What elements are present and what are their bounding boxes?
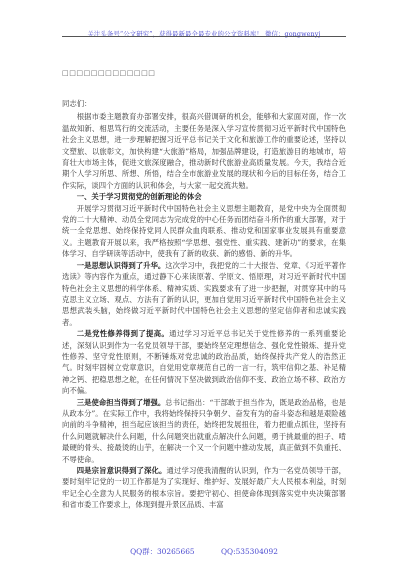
document-body: 同志们： 根据市委主题教育办部署安排，很高兴借调研的机会，能够和大家面对面，作一… [62, 98, 346, 511]
point-paragraph-1: 一是思想认识得到了升华。这次学习中，我把党的二十大报告、党章、《习近平著作选读》… [62, 260, 346, 328]
point-paragraph-3: 三是使命担当得到了增强。总书记指出：“干部敢于担当作为，既是政治品格，也是从政本… [62, 397, 346, 465]
point-text-3: 总书记指出：“干部敢于担当作为，既是政治品格，也是从政本分”。在实际工作中，我将… [62, 398, 346, 464]
point-paragraph-4: 四是宗旨意识得到了深化。通过学习使我清醒的认识到，作为一名党员领导干部，要时刻牢… [62, 465, 346, 511]
point-lead-1: 一是思想认识得到了升华。 [77, 261, 166, 270]
point-lead-4: 四是宗旨意识得到了深化。 [77, 466, 167, 475]
point-text-2: 通过学习习近平总书记关于党性修养的一系列重要论述，深刻认识到作为一名党员领导干部… [62, 329, 346, 395]
footer-contact: QQ群：30265665 QQ:535304092 [0, 546, 408, 557]
salutation: 同志们： [62, 98, 346, 109]
point-lead-2: 二是党性修养得到了提高。 [77, 329, 169, 338]
intro-paragraph: 根据市委主题教育办部署安排，很高兴借调研的机会，能够和大家面对面，作一次温故知新… [62, 111, 346, 191]
point-text-1: 这次学习中，我把党的二十大报告、党章、《习近平著作选读》等内容作为重点，通过静下… [62, 261, 346, 327]
point-paragraph-2: 二是党性修养得到了提高。通过学习习近平总书记关于党性修养的一系列重要论述，深刻认… [62, 328, 346, 396]
section-1-paragraph: 开展学习贯彻习近平新时代中国特色社会主义思想主题教育，是党中央为全面贯彻党的二十… [62, 203, 346, 260]
point-lead-3: 三是使命担当得到了增强。 [77, 398, 166, 407]
header-divider [62, 36, 346, 37]
document-title: □□□□□□□□□□□□□ [62, 68, 155, 77]
section-heading-1: 一、关于学习贯彻党的创新理论的体会 [62, 191, 346, 202]
qq-group-text: QQ群：30265665 [130, 547, 195, 556]
qq-text: QQ:535304092 [221, 547, 278, 556]
